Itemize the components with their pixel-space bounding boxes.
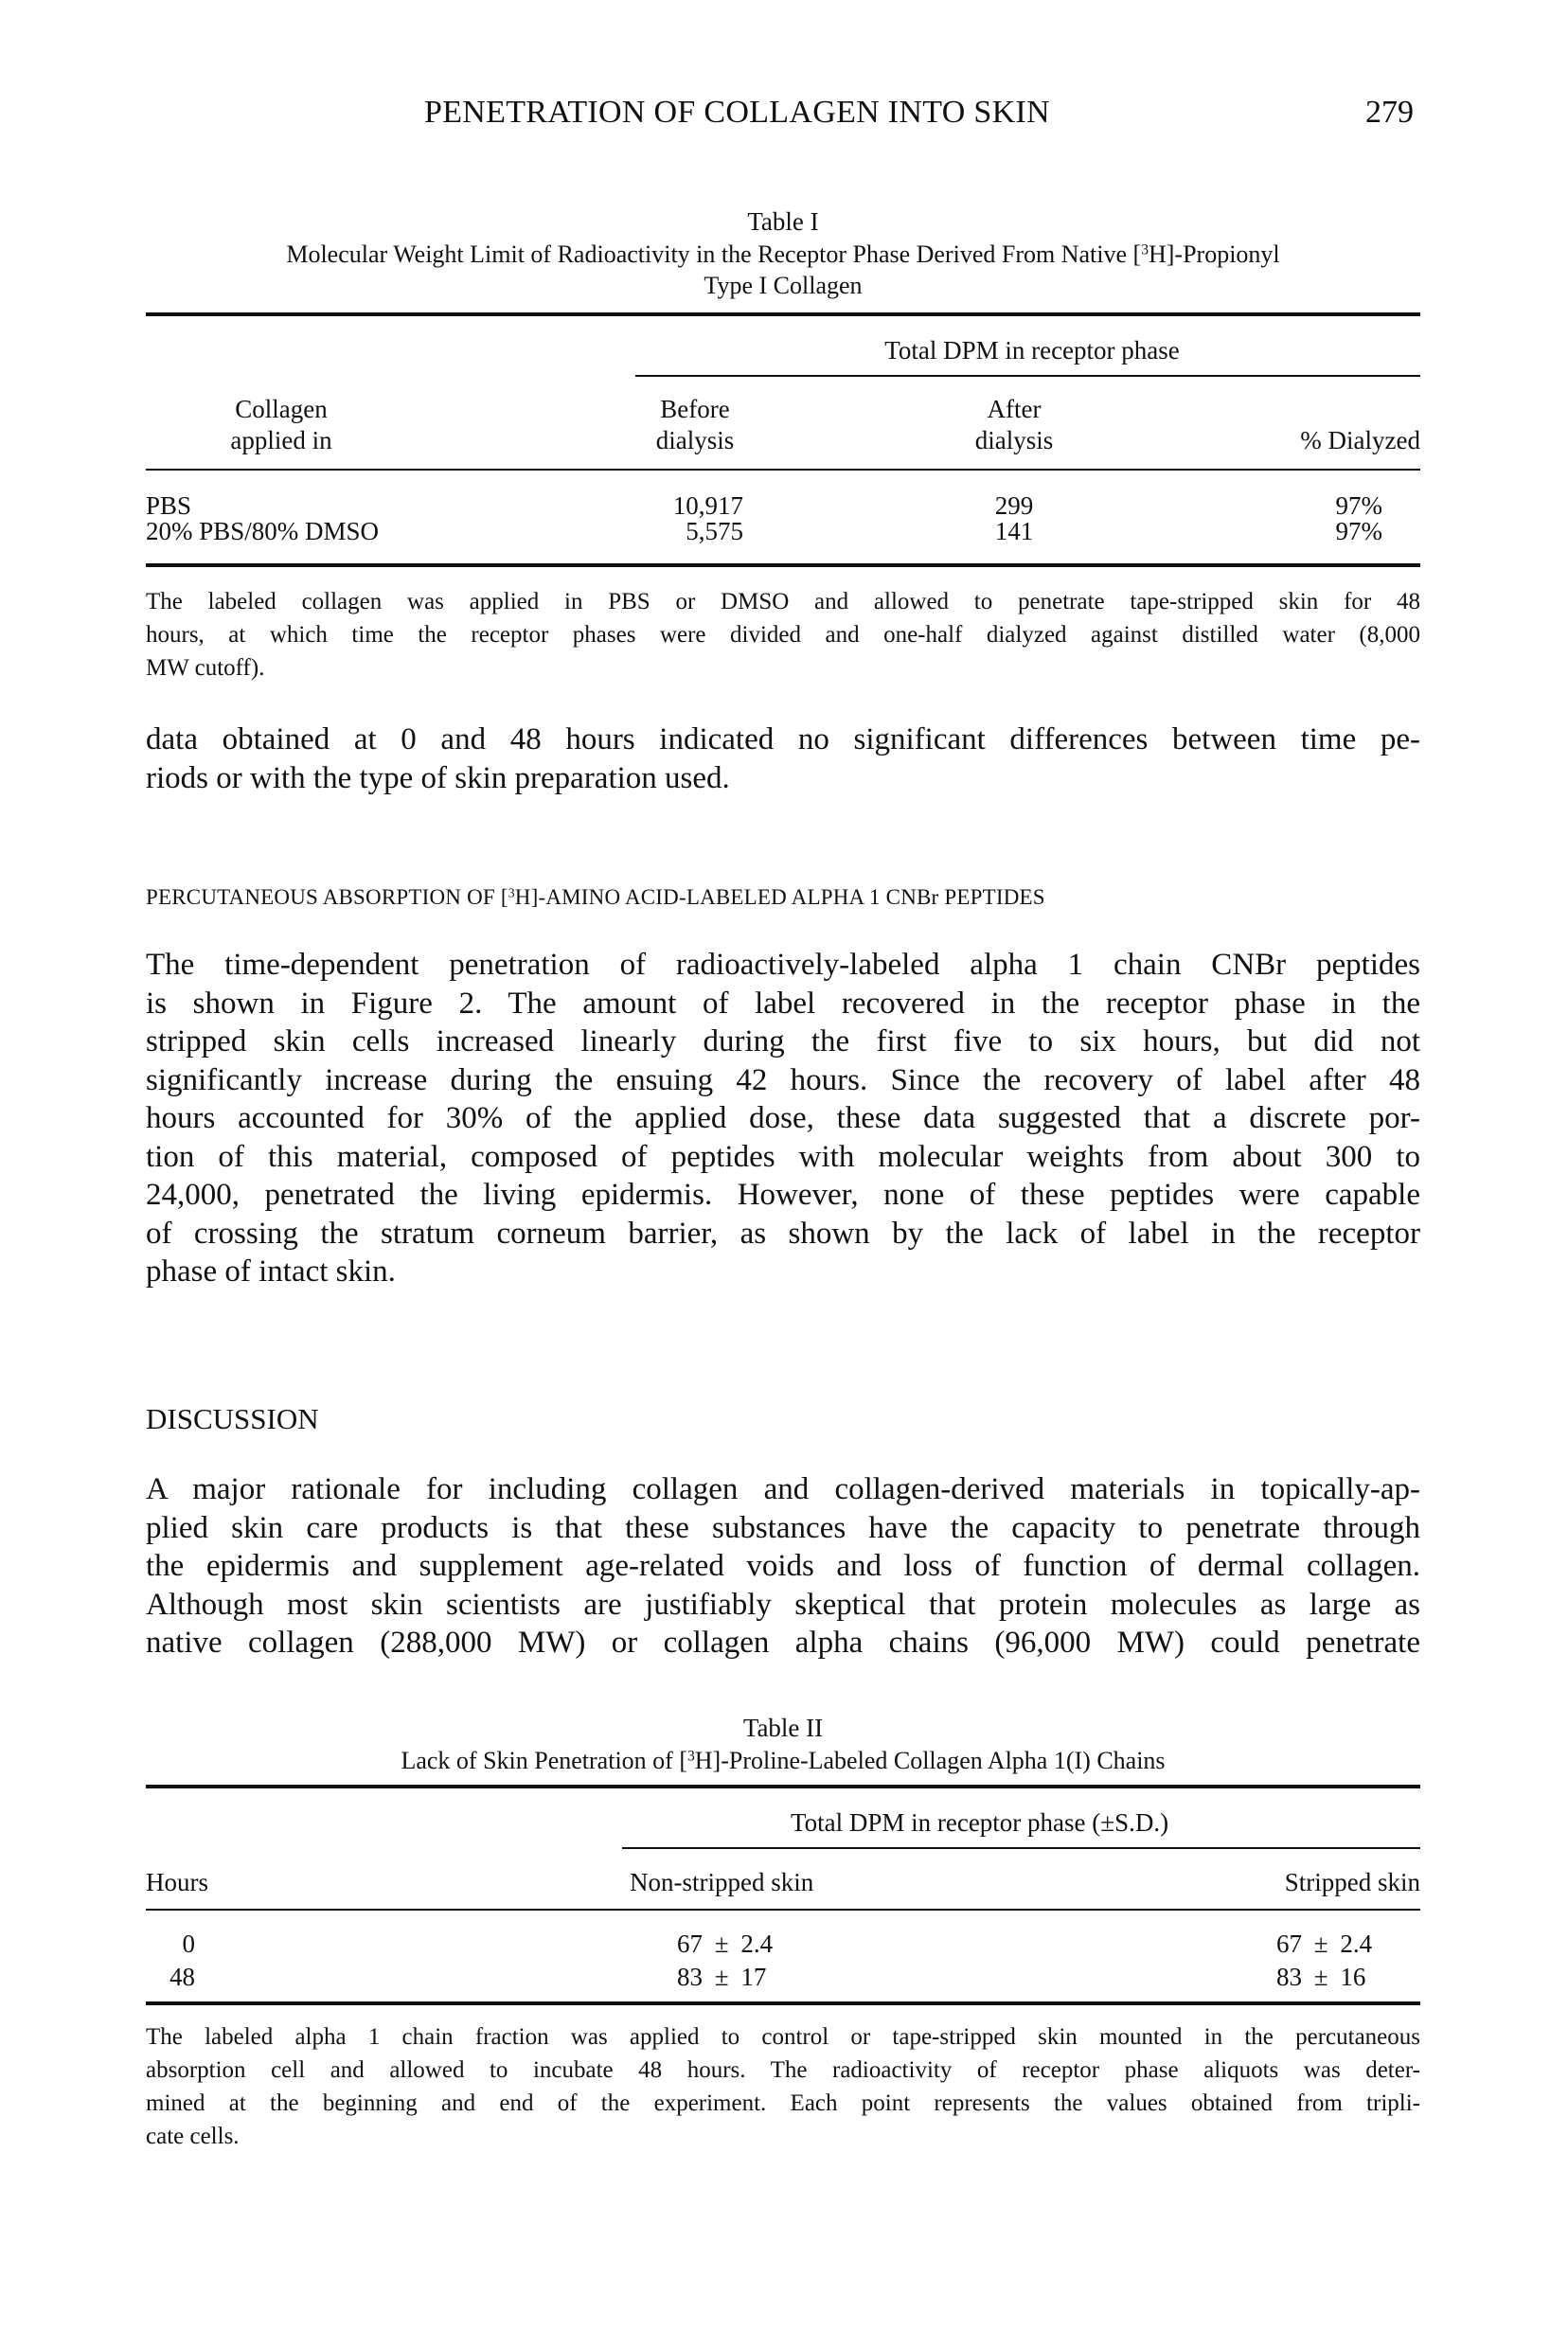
table-1-top-rule [146, 312, 1420, 316]
table-1-group-rule [635, 375, 1420, 377]
table-1-cell-dialyzed: 97% [1231, 516, 1382, 547]
table-1-footnote: The labeled collagen was applied in PBS … [146, 585, 1420, 685]
table-2-cell-hours: 48 [146, 1962, 195, 1993]
table-2-cell-stripped: 67 ± 2.4 [1276, 1929, 1372, 1960]
table-1-col-header-before-line2: dialysis [619, 425, 771, 456]
table-2-bottom-rule [146, 2001, 1420, 2005]
table-1-col-header-applied-line1: Collagen [187, 394, 376, 425]
table-2-col-header-non-stripped: Non-stripped skin [630, 1867, 813, 1898]
table-1-cell-after: 141 [938, 516, 1090, 547]
paragraph-continuation: data obtained at 0 and 48 hours indicate… [146, 720, 1420, 797]
table-2-cell-non-stripped: 83 ± 17 [677, 1962, 766, 1993]
table-2-header-rule [146, 1909, 1420, 1911]
table-1-header-rule [146, 469, 1420, 471]
table-1-cell-applied: 20% PBS/80% DMSO [146, 516, 379, 547]
table-2-title: Lack of Skin Penetration of [3H]-Proline… [146, 1745, 1420, 1776]
page-number: 279 [1365, 95, 1414, 131]
table-2-footnote: The labeled alpha 1 chain fraction was a… [146, 2020, 1420, 2153]
table-1-col-header-applied-line2: applied in [187, 425, 376, 456]
table-2-group-header: Total DPM in receptor phase (±S.D.) [791, 1807, 1168, 1839]
section-heading-percutaneous: PERCUTANEOUS ABSORPTION OF [3H]-AMINO AC… [146, 885, 1045, 910]
paragraph-discussion: A major rationale for including collagen… [146, 1470, 1420, 1663]
table-2-cell-hours: 0 [146, 1929, 195, 1960]
table-1-col-header-after-line1: After [938, 394, 1090, 425]
table-1-bottom-rule [146, 563, 1420, 567]
table-1-label: Table I [146, 207, 1420, 237]
table-1-group-header: Total DPM in receptor phase [833, 335, 1231, 366]
table-2-group-rule [622, 1847, 1420, 1849]
table-1-col-header-after-line2: dialysis [938, 425, 1090, 456]
paragraph-percutaneous: The time-dependent penetration of radioa… [146, 946, 1420, 1291]
table-2-label: Table II [146, 1714, 1420, 1743]
section-heading-discussion: DISCUSSION [146, 1402, 319, 1436]
table-1-title: Molecular Weight Limit of Radioactivity … [146, 239, 1420, 301]
table-1-cell-before: 5,575 [587, 516, 743, 547]
table-1-col-header-before-line1: Before [619, 394, 771, 425]
running-head-title: PENETRATION OF COLLAGEN INTO SKIN [424, 95, 1050, 131]
table-2-cell-non-stripped: 67 ± 2.4 [677, 1929, 773, 1960]
table-2-col-header-hours: Hours [146, 1867, 208, 1898]
table-1-col-header-dialyzed: % Dialyzed [1231, 425, 1420, 456]
table-2-cell-stripped: 83 ± 16 [1276, 1962, 1365, 1993]
table-2-col-header-stripped: Stripped skin [1184, 1867, 1420, 1898]
table-2-top-rule [146, 1785, 1420, 1788]
